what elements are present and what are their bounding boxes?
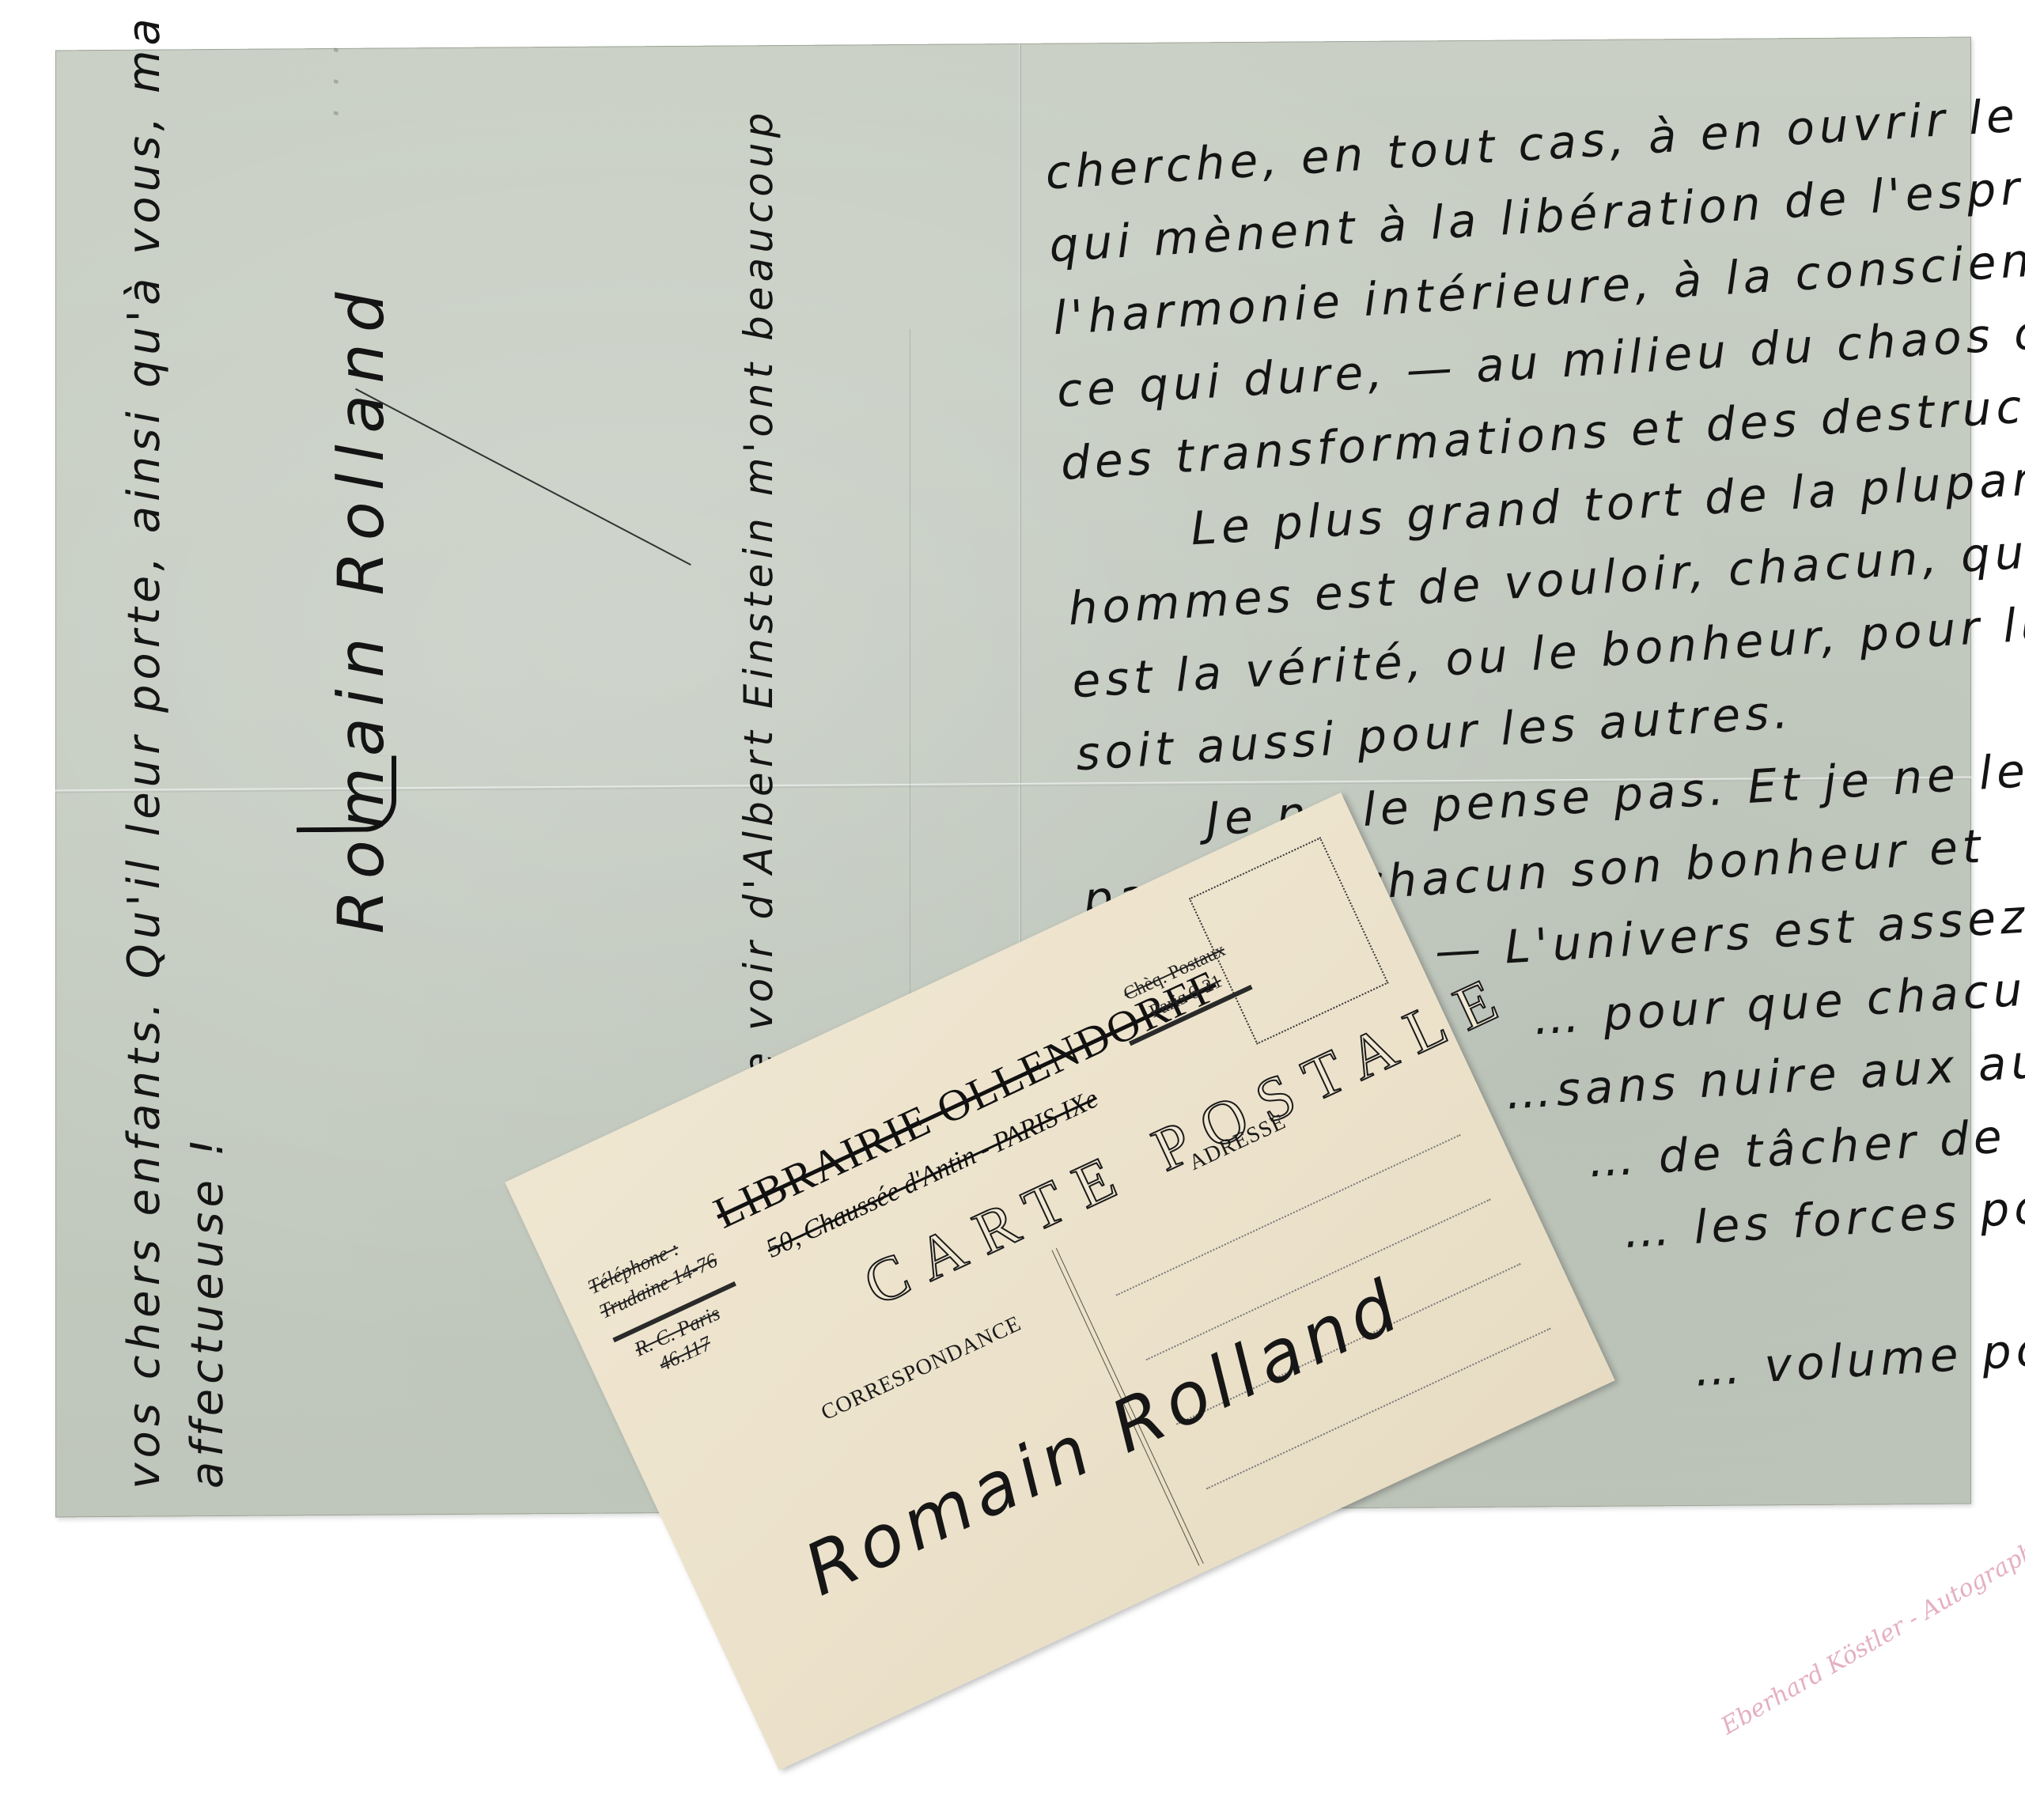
text-line: … les forces pour — [1622, 1176, 2025, 1258]
left-page-line-3: … de voir d'Albert Einstein m'ont beauco… — [736, 108, 782, 1168]
text-line: … de tâcher de leur — [1588, 1102, 2025, 1188]
text-line: … volume pour — [1694, 1319, 2025, 1397]
text-line: … pour que chacun — [1532, 960, 2025, 1045]
left-page-line-1: vos chers enfants. Qu'il leur porte, ain… — [119, 144, 170, 1489]
rc-block: R. C. Paris 46.117 — [631, 1301, 734, 1383]
correspondance-label: CORRESPONDANCE — [817, 1311, 1025, 1426]
right-page-text: cherche, en tout cas, à en ouvrir le plu… — [1044, 92, 1960, 146]
left-page-line-2: affectueuse ! — [182, 1134, 233, 1489]
signature-stroke-line — [355, 388, 691, 566]
signature-flourish — [297, 755, 396, 832]
bleed-through-text: · · · — [316, 40, 357, 119]
letter-signature: Romain Rolland — [324, 281, 398, 934]
